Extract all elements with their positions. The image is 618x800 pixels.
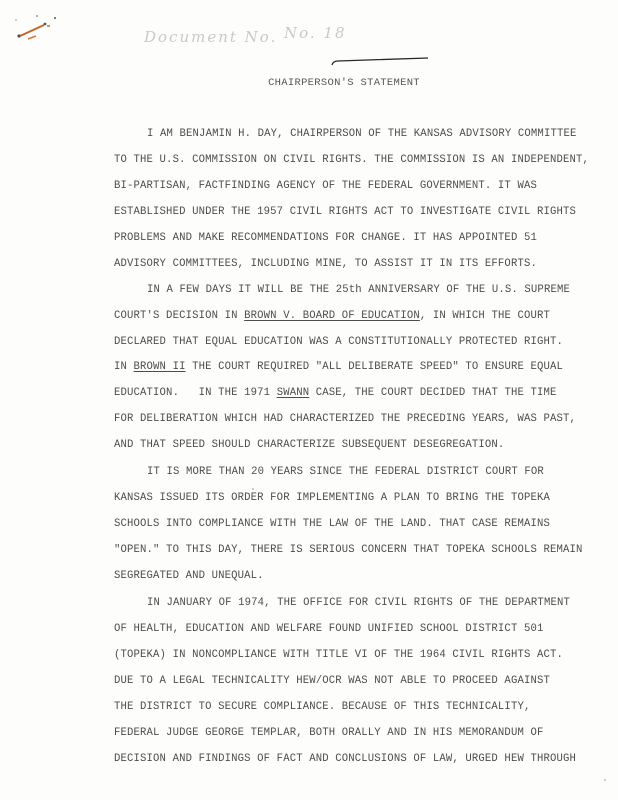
text-line: EDUCATION. IN THE 1971 SWANN CASE, THE C… xyxy=(114,387,557,399)
text-line: "OPEN." TO THIS DAY, THERE IS SERIOUS CO… xyxy=(114,544,583,556)
handwritten-note-part2: No. 18 xyxy=(284,24,347,42)
case-name-underlined: BROWN II xyxy=(134,361,186,373)
text-line: IN A FEW DAYS IT WILL BE THE 25th ANNIVE… xyxy=(147,284,570,296)
text-line: FEDERAL JUDGE GEORGE TEMPLAR, BOTH ORALL… xyxy=(114,727,543,739)
text-span: , IN WHICH THE COURT xyxy=(420,310,550,322)
text-line: THE DISTRICT TO SECURE COMPLIANCE. BECAU… xyxy=(114,701,530,713)
text-line: DECISION AND FINDINGS OF FACT AND CONCLU… xyxy=(114,753,576,765)
text-line: SCHOOLS INTO COMPLIANCE WITH THE LAW OF … xyxy=(114,518,550,530)
text-span: COURT'S DECISION IN xyxy=(114,310,244,322)
handwritten-note-part1: Document No. xyxy=(144,28,277,46)
text-line: DECLARED THAT EQUAL EDUCATION WAS A CONS… xyxy=(114,336,563,348)
text-line: COURT'S DECISION IN BROWN V. BOARD OF ED… xyxy=(114,310,550,322)
text-line: OF HEALTH, EDUCATION AND WELFARE FOUND U… xyxy=(114,623,543,635)
text-line: KANSAS ISSUED ITS ORDER FOR IMPLEMENTING… xyxy=(114,492,550,504)
text-line: IN JANUARY OF 1974, THE OFFICE FOR CIVIL… xyxy=(147,597,570,609)
text-line: PROBLEMS AND MAKE RECOMMENDATIONS FOR CH… xyxy=(114,232,537,244)
paper-speck xyxy=(604,779,606,781)
text-line: SEGREGATED AND UNEQUAL. xyxy=(114,570,264,582)
document-page: Document No. No. 18 CHAIRPERSON'S STATEM… xyxy=(0,0,618,800)
text-line: AND THAT SPEED SHOULD CHARACTERIZE SUBSE… xyxy=(114,439,504,451)
handwritten-underline xyxy=(330,57,430,67)
text-line: IN BROWN II THE COURT REQUIRED "ALL DELI… xyxy=(114,361,563,373)
text-line: (TOPEKA) IN NONCOMPLIANCE WITH TITLE VI … xyxy=(114,649,563,661)
text-line: IT IS MORE THAN 20 YEARS SINCE THE FEDER… xyxy=(147,466,544,478)
text-span: THE COURT REQUIRED "ALL DELIBERATE SPEED… xyxy=(186,361,563,373)
text-span: CASE, THE COURT DECIDED THAT THE TIME xyxy=(309,387,556,399)
page-title: CHAIRPERSON'S STATEMENT xyxy=(0,77,618,89)
text-line: DUE TO A LEGAL TECHNICALITY HEW/OCR WAS … xyxy=(114,675,550,687)
text-line: TO THE U.S. COMMISSION ON CIVIL RIGHTS. … xyxy=(114,154,589,166)
paper-speck xyxy=(252,488,254,490)
text-line: ADVISORY COMMITTEES, INCLUDING MINE, TO … xyxy=(114,258,537,270)
corner-staple-mark-icon xyxy=(14,14,60,44)
text-span: EDUCATION. IN THE 1971 xyxy=(114,387,277,399)
handwritten-annotation: Document No. No. 18 xyxy=(144,22,374,62)
text-span: IN xyxy=(114,361,134,373)
case-name-underlined: BROWN V. BOARD OF EDUCATION xyxy=(244,310,420,322)
text-line: I AM BENJAMIN H. DAY, CHAIRPERSON OF THE… xyxy=(147,128,576,140)
text-line: BI-PARTISAN, FACTFINDING AGENCY OF THE F… xyxy=(114,180,537,192)
text-line: FOR DELIBERATION WHICH HAD CHARACTERIZED… xyxy=(114,413,576,425)
text-line: ESTABLISHED UNDER THE 1957 CIVIL RIGHTS … xyxy=(114,206,576,218)
case-name-underlined: SWANN xyxy=(277,387,310,399)
